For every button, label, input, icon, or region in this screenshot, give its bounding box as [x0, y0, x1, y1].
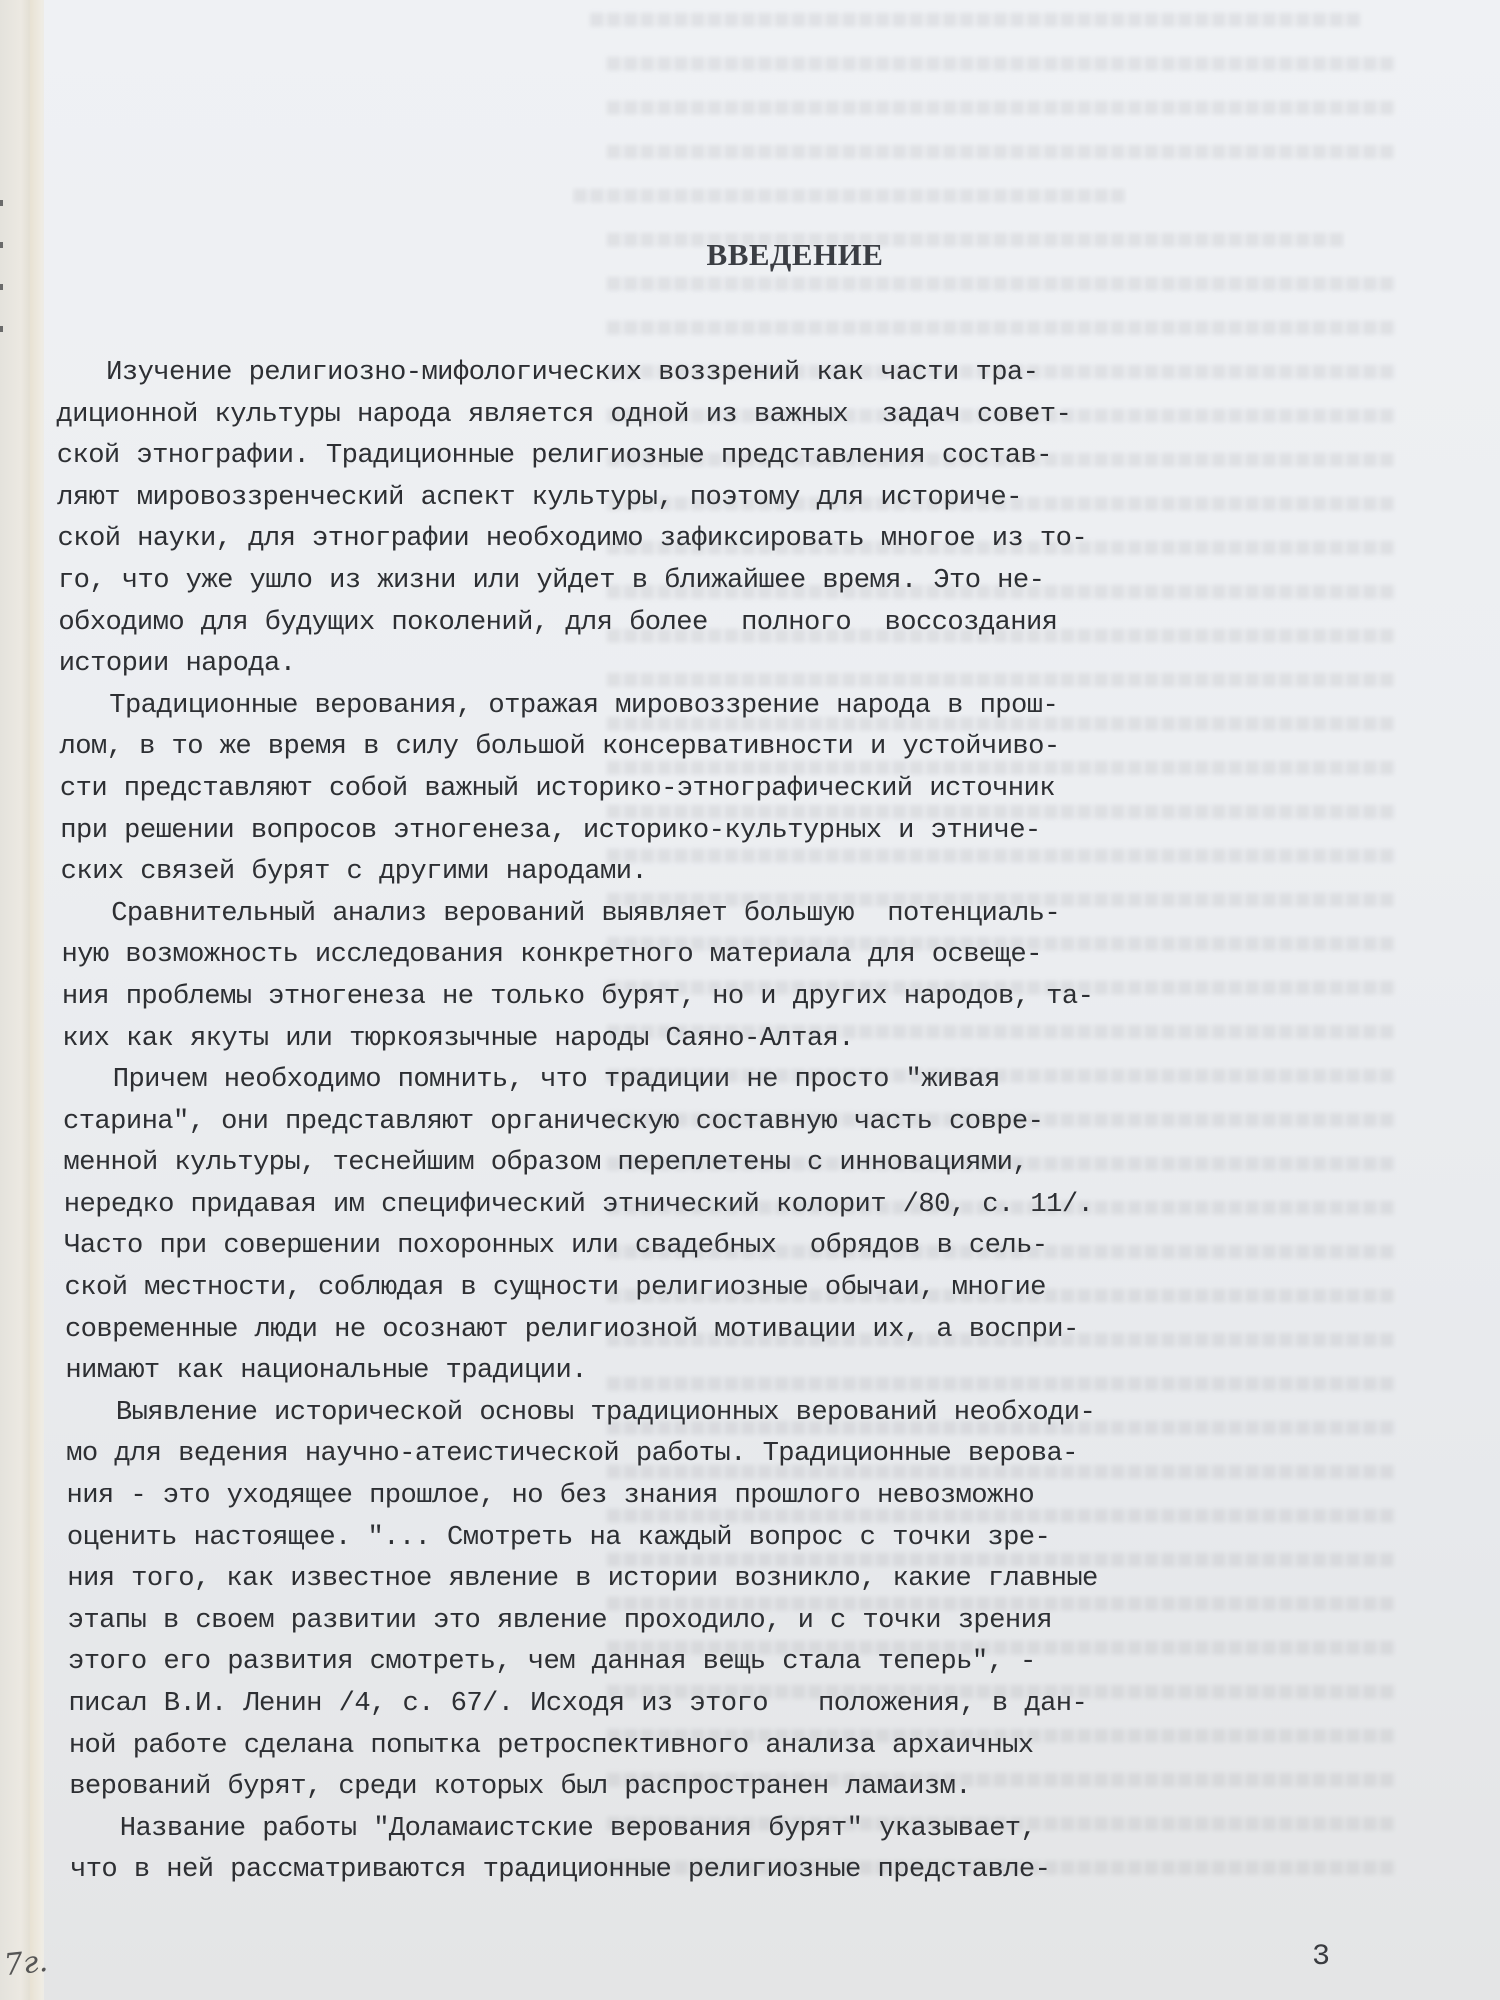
text-line: нимают как национальные традиции.: [65, 1350, 1405, 1392]
text-line: Причем необходимо помнить, что традиции …: [63, 1059, 1403, 1101]
text-line: сти представляют собой важный историко-э…: [60, 768, 1400, 810]
text-line: ния - это уходящее прошлое, но без знани…: [67, 1475, 1407, 1517]
text-line: ской этнографии. Традиционные религиозны…: [57, 435, 1397, 477]
body-text: Изучение религиозно-мифологических воззр…: [70, 352, 1410, 1891]
text-line: что в ней рассматриваются традиционные р…: [70, 1849, 1410, 1891]
text-line: оценить настоящее. "... Смотреть на кажд…: [67, 1517, 1407, 1559]
text-line: при решении вопросов этногенеза, историк…: [60, 810, 1400, 852]
text-line: ких как якуты или тюркоязычные народы Са…: [62, 1018, 1402, 1060]
text-line: Выявление исторической основы традиционн…: [66, 1392, 1406, 1434]
text-line: Традиционные верования, отражая мировозз…: [59, 685, 1399, 727]
text-line: ской науки, для этнографии необходимо за…: [58, 518, 1398, 560]
text-line: мо для ведения научно-атеистической рабо…: [66, 1433, 1406, 1475]
text-line: истории народа.: [59, 643, 1399, 685]
section-heading: ВВЕДЕНИЕ: [0, 237, 1500, 273]
text-line: менной культуры, теснейшим образом переп…: [63, 1142, 1403, 1184]
handwritten-margin-note: 7г.: [2, 1944, 49, 1983]
text-line: обходимо для будущих поколений, для боле…: [58, 602, 1398, 644]
text-line: верований бурят, среди которых был распр…: [69, 1766, 1409, 1808]
text-line: старина", они представляют органическую …: [63, 1101, 1403, 1143]
text-line: диционной культуры народа является одной…: [56, 394, 1396, 436]
text-line: Название работы "Доламаистские верования…: [70, 1808, 1410, 1850]
facing-page-text-fragments: [0, 200, 6, 368]
text-line: ляют мировоззренческий аспект культуры, …: [57, 477, 1397, 519]
text-line: ния проблемы этногенеза не только бурят,…: [62, 976, 1402, 1018]
text-line: ную возможность исследования конкретного…: [61, 934, 1401, 976]
text-line: ских связей бурят с другими народами.: [61, 851, 1401, 893]
page-number: 3: [1312, 1940, 1330, 1974]
text-line: этапы в своем развитии это явление прохо…: [68, 1600, 1408, 1642]
text-line: нередко придавая им специфический этниче…: [64, 1184, 1404, 1226]
text-line: Часто при совершении похоронных или свад…: [64, 1225, 1404, 1267]
text-line: Сравнительный анализ верований выявляет …: [61, 893, 1401, 935]
text-line: этого его развития смотреть, чем данная …: [68, 1641, 1408, 1683]
text-line: Изучение религиозно-мифологических воззр…: [56, 352, 1396, 394]
text-line: современные люди не осознают религиозной…: [65, 1309, 1405, 1351]
text-line: го, что уже ушло из жизни или уйдет в бл…: [58, 560, 1398, 602]
text-line: лом, в то же время в силу большой консер…: [60, 726, 1400, 768]
facing-page-edge: [0, 0, 30, 2000]
text-line: ния того, как известное явление в истори…: [67, 1558, 1407, 1600]
text-line: ской местности, соблюдая в сущности рели…: [65, 1267, 1405, 1309]
text-line: ной работе сделана попытка ретроспективн…: [69, 1725, 1409, 1767]
text-line: писал В.И. Ленин /4, с. 67/. Исходя из э…: [68, 1683, 1408, 1725]
